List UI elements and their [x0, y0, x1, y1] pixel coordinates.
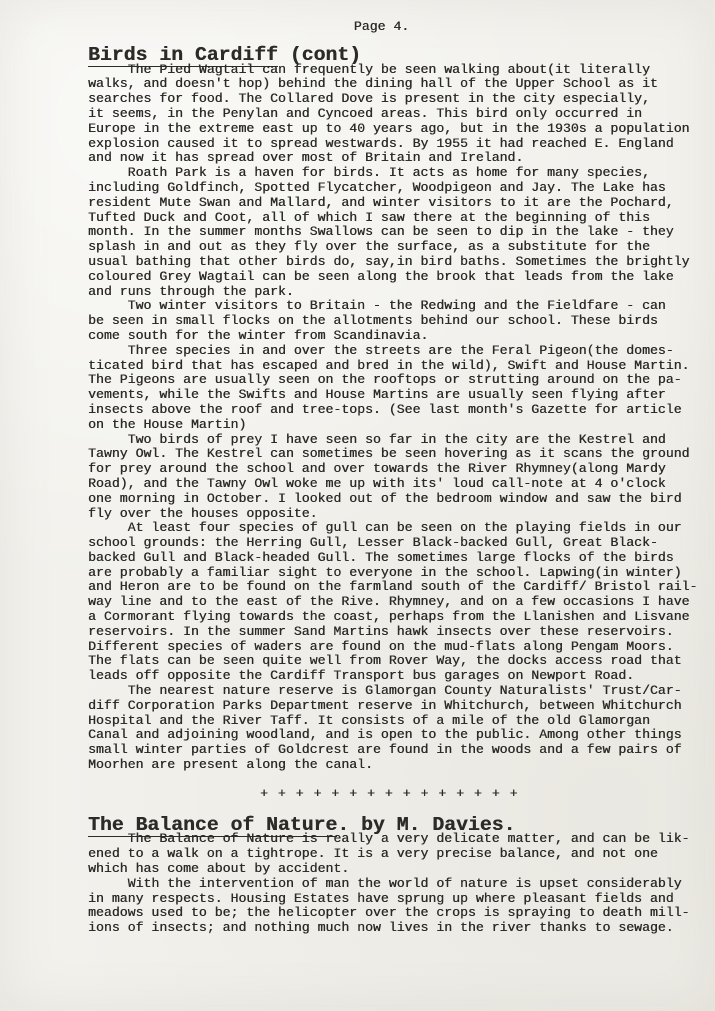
scanned-page: Page 4. Birds in Cardiff (cont) The Pied… [0, 0, 715, 1011]
article-title: Birds in Cardiff (cont) [88, 48, 712, 63]
paragraph-pied-wagtail: The Pied Wagtail can frequently be seen … [88, 63, 712, 167]
paragraph-street-species: Three species in and over the streets ar… [88, 344, 712, 433]
article-balance-of-nature: The Balance of Nature. by M. Davies. The… [88, 818, 712, 936]
document-body: Birds in Cardiff (cont) The Pied Wagtail… [88, 48, 712, 936]
paragraph-nature-reserve: The nearest nature reserve is Glamorgan … [88, 684, 712, 773]
page-number: Page 4. [0, 0, 715, 35]
article-title: The Balance of Nature. by M. Davies. [88, 818, 712, 833]
paragraph-birds-of-prey: Two birds of prey I have seen so far in … [88, 433, 712, 522]
paragraph-winter-visitors: Two winter visitors to Britain - the Red… [88, 299, 712, 343]
paragraph-intervention-of-man: With the intervention of man the world o… [88, 877, 712, 936]
article-birds-in-cardiff: Birds in Cardiff (cont) The Pied Wagtail… [88, 48, 712, 773]
plus-separator: + + + + + + + + + + + + + + + [260, 787, 712, 802]
paragraph-balance-intro: The Balance of Nature is really a very d… [88, 832, 712, 876]
paragraph-gulls: At least four species of gull can be see… [88, 521, 712, 684]
paragraph-roath-park: Roath Park is a haven for birds. It acts… [88, 166, 712, 299]
